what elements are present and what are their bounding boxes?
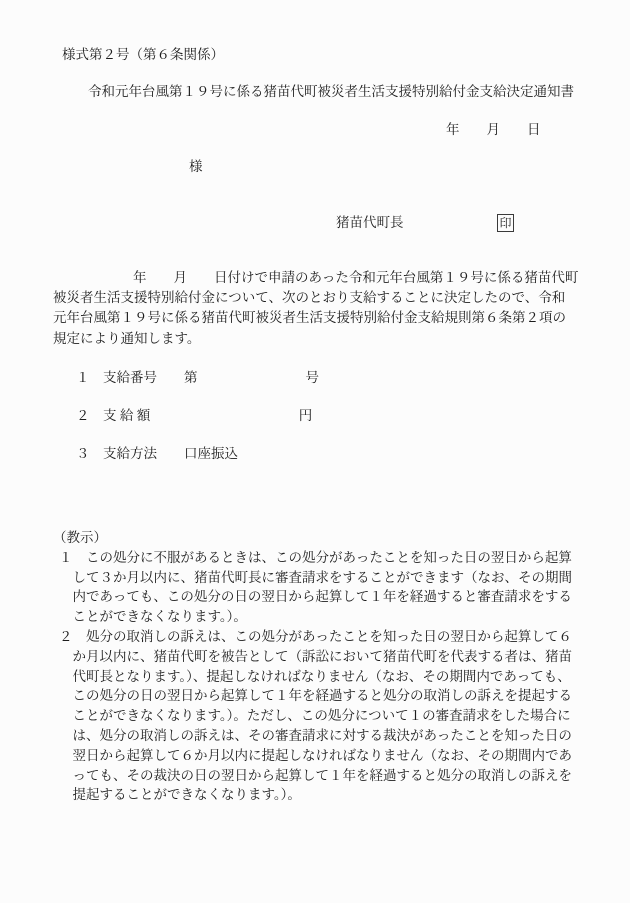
issuer-title: 猪苗代町長 bbox=[336, 213, 404, 233]
form-number: 様式第２号（第６条関係） bbox=[62, 45, 224, 65]
body-line: 被災者生活支援特別給付金について、次のとおり支給することに決定したので、令和 bbox=[53, 288, 598, 308]
instruction-1-line: 内であっても、この処分の日の翌日から起算して１年を経過すると審査請求をする bbox=[53, 587, 598, 607]
instructions-heading: （教示） bbox=[53, 528, 598, 548]
instruction-1-line: ことができなくなります。）。 bbox=[53, 607, 598, 627]
recipient-honorific: 様 bbox=[189, 157, 203, 177]
instruction-2-line: か月以内に、猪苗代町を被告として（訴訟において猪苗代町を代表する者は、猪苗 bbox=[53, 647, 598, 667]
issuer-row: 猪苗代町長 印 bbox=[0, 213, 630, 235]
instruction-2-line: っても、その裁決の日の翌日から起算して１年を経過すると処分の取消しの訴えを bbox=[53, 766, 598, 786]
document-title: 令和元年台風第１９号に係る猪苗代町被災者生活支援特別給付金支給決定通知書 bbox=[88, 82, 574, 102]
instruction-2-line: ２ 処分の取消しの訴えは、この処分があったことを知った日の翌日から起算して６ bbox=[53, 627, 598, 647]
body-line: 規定により通知します。 bbox=[53, 329, 598, 349]
instructions-section: （教示） １ この処分に不服があるときは、この処分があったことを知った日の翌日か… bbox=[53, 528, 598, 805]
item-payment-number: １ 支給番号 第 号 bbox=[76, 368, 319, 388]
item-payment-method: ３ 支給方法 口座振込 bbox=[76, 444, 319, 464]
instruction-2-line: ことができなくなります。）。ただし、この処分について１の審査請求をした場合に bbox=[53, 706, 598, 726]
instruction-2-line: この処分の日の翌日から起算して１年を経過すると処分の取消しの訴えを提起する bbox=[53, 686, 598, 706]
body-line: 元年台風第１９号に係る猪苗代町被災者生活支援特別給付金支給規則第６条第２項の bbox=[53, 308, 598, 328]
instruction-2-line: 提起することができなくなります。）。 bbox=[53, 785, 598, 805]
items-list: １ 支給番号 第 号 ２ 支 給 額 円 ３ 支給方法 口座振込 bbox=[76, 368, 319, 482]
document-page: 様式第２号（第６条関係） 令和元年台風第１９号に係る猪苗代町被災者生活支援特別給… bbox=[0, 0, 630, 903]
seal-box: 印 bbox=[497, 214, 514, 232]
instruction-1-line: して３か月以内に、猪苗代町長に審査請求をすることができます（なお、その期間 bbox=[53, 568, 598, 588]
date-blank-line: 年 月 日 bbox=[446, 120, 541, 140]
item-payment-amount: ２ 支 給 額 円 bbox=[76, 406, 319, 426]
instruction-2-line: 翌日から起算して６か月以内に提起しなければなりません（なお、その期間内であ bbox=[53, 746, 598, 766]
body-line: 年 月 日付けで申請のあった令和元年台風第１９号に係る猪苗代町 bbox=[53, 268, 598, 288]
instruction-1-line: １ この処分に不服があるときは、この処分があったことを知った日の翌日から起算 bbox=[53, 548, 598, 568]
body-paragraph: 年 月 日付けで申請のあった令和元年台風第１９号に係る猪苗代町 被災者生活支援特… bbox=[53, 268, 598, 349]
instruction-2-line: 代町長となります。）、提起しなければなりません（なお、その期間内であっても、 bbox=[53, 667, 598, 687]
instruction-2-line: は、処分の取消しの訴えは、その審査請求に対する裁決があったことを知った日の bbox=[53, 726, 598, 746]
